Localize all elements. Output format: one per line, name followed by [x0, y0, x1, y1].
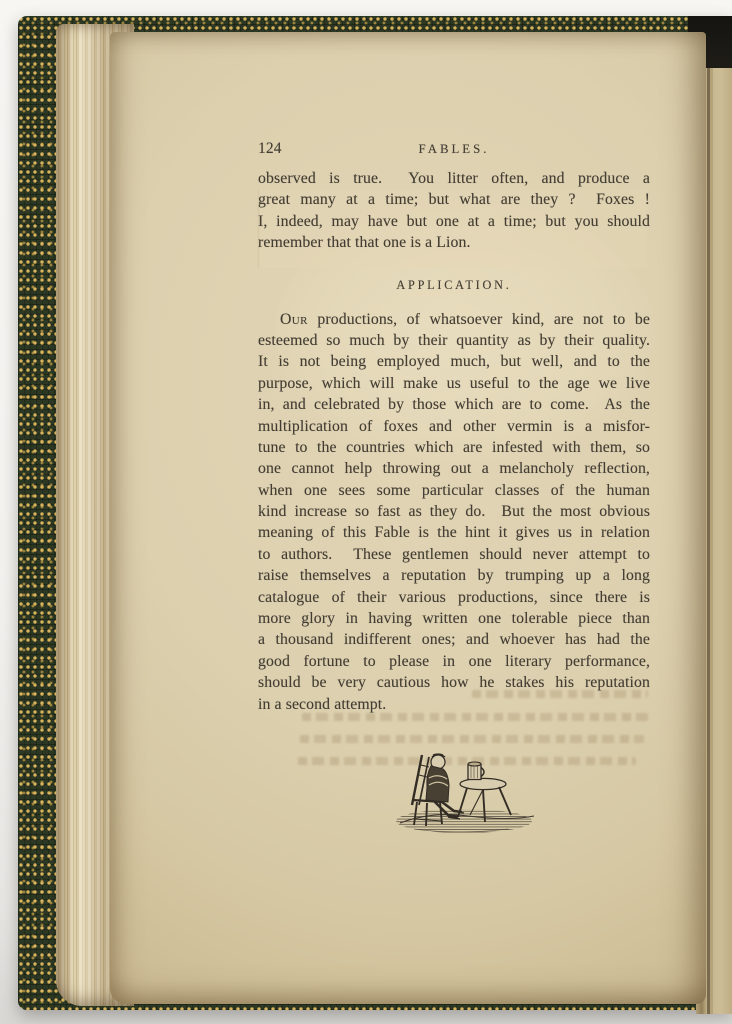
text-line: great many at a time; but what are they … — [258, 189, 650, 210]
text-line: esteemed so much by their quantity as by… — [258, 330, 650, 351]
lead-word: Our — [280, 311, 308, 328]
text-line: more glory in having written one tolerab… — [258, 608, 650, 629]
text-line: purpose, which will make us useful to th… — [258, 373, 650, 394]
man-dozing-vignette-icon — [388, 745, 550, 839]
text-block: 124 FABLES. observed is true. You litter… — [258, 140, 650, 844]
text-line: multiplication of foxes and other vermin… — [258, 416, 650, 437]
text-line: kind increase so fast as they do. But th… — [258, 501, 650, 522]
ground-hatching — [396, 809, 534, 833]
text-line: remember that that one is a Lion. — [258, 232, 650, 253]
text-line: to authors. These gentlemen should never… — [258, 544, 650, 565]
tailpiece-illustration — [388, 745, 550, 844]
application-paragraph: Our productions, of whatsoever kind, are… — [258, 309, 650, 715]
text-line: Our productions, of whatsoever kind, are… — [258, 309, 650, 330]
text-line: good fortune to please in one literary p… — [258, 651, 650, 672]
running-header: FABLES. — [258, 142, 650, 157]
text-line: one cannot help throwing out a melanchol… — [258, 458, 650, 479]
first-line-rest: productions, of whatsoever kind, are not… — [308, 311, 650, 328]
text-line: catalogue of their various productions, … — [258, 587, 650, 608]
section-heading: APPLICATION. — [258, 276, 650, 294]
text-line: raise themselves a reputation by trumpin… — [258, 565, 650, 586]
text-line: when one sees some particular classes of… — [258, 480, 650, 501]
text-line: in a second attempt. — [258, 694, 650, 715]
text-line: It is not being employed much, but well,… — [258, 351, 650, 372]
opening-paragraph: observed is true. You litter often, and … — [258, 168, 650, 254]
text-line: a thousand indifferent ones; and whoever… — [258, 629, 650, 650]
book: 124 FABLES. observed is true. You litter… — [18, 16, 732, 1010]
text-line: I, indeed, may have but one at a time; b… — [258, 211, 650, 232]
text-line: meaning of this Fable is the hint it giv… — [258, 522, 650, 543]
paragraph-lines: esteemed so much by their quantity as by… — [258, 330, 650, 715]
text-line: in, and celebrated by those which are to… — [258, 394, 650, 415]
text-line: should be very cautious how he stakes hi… — [258, 672, 650, 693]
photograph-background: 124 FABLES. observed is true. You litter… — [0, 0, 732, 1024]
book-page: 124 FABLES. observed is true. You litter… — [110, 32, 706, 1004]
text-line: tune to the countries which are infested… — [258, 437, 650, 458]
text-line: observed is true. You litter often, and … — [258, 168, 650, 189]
tankard-icon — [468, 762, 484, 780]
page-header: 124 FABLES. — [258, 140, 650, 160]
